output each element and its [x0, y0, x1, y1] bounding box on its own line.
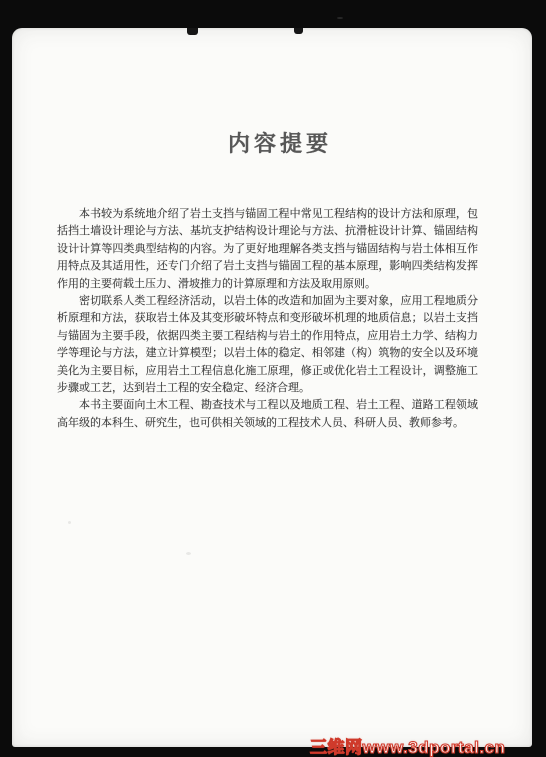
scan-notch-icon — [187, 28, 198, 35]
scanned-page-screenshot: { "book_abstract": { "title": "内容提要", "p… — [0, 0, 546, 757]
scan-speck — [337, 17, 343, 19]
scan-speck — [68, 521, 71, 524]
scan-speck — [186, 552, 191, 555]
abstract-paragraph: 密切联系人类工程经济活动，以岩土体的改造和加固为主要对象，应用工程地质分析原理和… — [57, 293, 478, 397]
scan-notch-icon — [294, 28, 303, 34]
abstract-paragraph: 本书主要面向土木工程、勘查技术与工程以及地质工程、岩土工程、道路工程领域高年级的… — [57, 397, 478, 432]
page-title: 内容提要 — [7, 127, 546, 158]
abstract-paragraph: 本书较为系统地介绍了岩土支挡与锚固工程中常见工程结构的设计方法和原理，包括挡土墙… — [57, 206, 478, 293]
watermark-text: 三维网www.3dportal.cn — [310, 733, 505, 757]
abstract-text-block: 本书较为系统地介绍了岩土支挡与锚固工程中常见工程结构的设计方法和原理，包括挡土墙… — [57, 206, 478, 432]
